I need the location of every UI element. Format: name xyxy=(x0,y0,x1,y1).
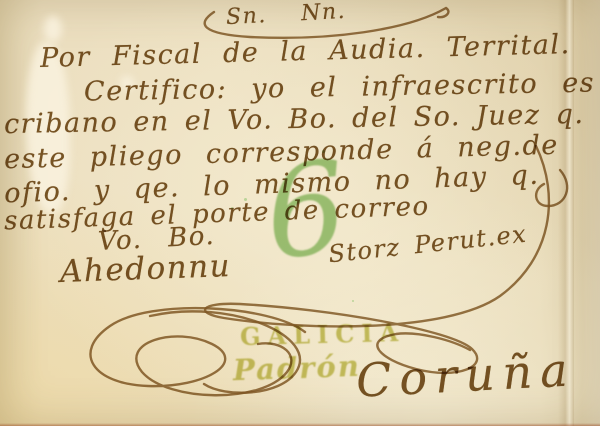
wax-stain-blob xyxy=(44,16,62,42)
galicia-stamp-line2: Padrón xyxy=(232,349,361,387)
galicia-stamp-line1: GALICIA xyxy=(240,318,406,351)
signature-right: Storz Perut.ex xyxy=(327,222,528,267)
ink-speck xyxy=(352,300,354,302)
destination-coruna: Coruña xyxy=(355,346,577,403)
body-line-1: Por Fiscal de la Audia. Territal. xyxy=(40,31,571,72)
letter-scan: 6 GALICIA Padrón Sn. Nn. Por Fiscal de l… xyxy=(0,0,600,426)
letter-heading: Sn. Nn. xyxy=(226,1,347,29)
signature-left: Ahedonnu xyxy=(60,251,232,288)
